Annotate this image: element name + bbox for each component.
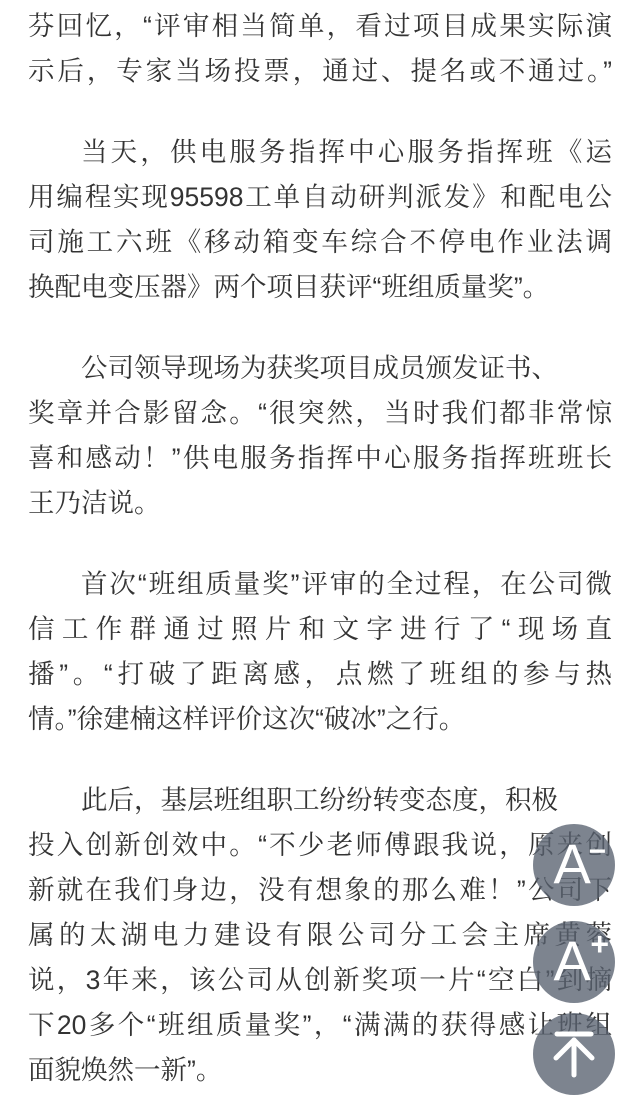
- text-line: 投入创新创效中。“不少老师傅跟我说，原来创: [28, 823, 612, 868]
- text-line: 下20多个“班组质量奖”，“满满的获得感让班组: [28, 1003, 612, 1048]
- text-line: 芬回忆，“评审相当简单，看过项目成果实际演: [28, 4, 612, 49]
- paragraph: 公司领导现场为获奖项目成员颁发证书、奖章并合影留念。“很突然，当时我们都非常惊喜…: [28, 346, 612, 526]
- text-line: 奖章并合影留念。“很突然，当时我们都非常惊: [28, 391, 612, 436]
- paragraph: 芬回忆，“评审相当简单，看过项目成果实际演示后，专家当场投票，通过、提名或不通过…: [28, 4, 612, 94]
- text-line: 播”。“打破了距离感，点燃了班组的参与热: [28, 652, 612, 697]
- font-increase-button[interactable]: A +: [533, 921, 615, 1003]
- arrow-up-to-top-icon: [533, 1013, 615, 1095]
- text-line: 公司领导现场为获奖项目成员颁发证书、: [28, 346, 612, 391]
- text-line: 此后，基层班组职工纷纷转变态度，积极: [28, 778, 612, 823]
- minus-icon: −: [588, 837, 606, 867]
- text-line: 信工作群通过照片和文字进行了“现场直: [28, 607, 612, 652]
- text-line: 示后，专家当场投票，通过、提名或不通过。”: [28, 49, 612, 94]
- font-decrease-letter: A: [553, 836, 590, 892]
- font-increase-letter: A: [553, 933, 590, 989]
- text-line: 喜和感动！”供电服务指挥中心服务指挥班班长: [28, 436, 612, 481]
- text-line: 面貌焕然一新”。: [28, 1048, 612, 1093]
- text-line: 说，3年来，该公司从创新奖项一片“空白”到摘: [28, 958, 612, 1003]
- article-page: 芬回忆，“评审相当简单，看过项目成果实际演示后，专家当场投票，通过、提名或不通过…: [0, 0, 640, 1113]
- paragraph: 当天，供电服务指挥中心服务指挥班《运用编程实现95598工单自动研判派发》和配电…: [28, 130, 612, 310]
- text-line: 当天，供电服务指挥中心服务指挥班《运: [28, 130, 612, 175]
- text-line: 王乃洁说。: [28, 481, 612, 526]
- text-line: 首次“班组质量奖”评审的全过程，在公司微: [28, 562, 612, 607]
- text-line: 情。”徐建楠这样评价这次“破冰”之行。: [28, 697, 612, 742]
- paragraph: 此后，基层班组职工纷纷转变态度，积极投入创新创效中。“不少老师傅跟我说，原来创新…: [28, 778, 612, 1093]
- paragraph: 首次“班组质量奖”评审的全过程，在公司微信工作群通过照片和文字进行了“现场直播”…: [28, 562, 612, 742]
- text-line: 换配电变压器》两个项目获评“班组质量奖”。: [28, 265, 612, 310]
- article-body: 芬回忆，“评审相当简单，看过项目成果实际演示后，专家当场投票，通过、提名或不通过…: [0, 0, 640, 1093]
- text-line: 用编程实现95598工单自动研判派发》和配电公: [28, 175, 612, 220]
- text-line: 司施工六班《移动箱变车综合不停电作业法调: [28, 220, 612, 265]
- font-decrease-button[interactable]: A −: [533, 824, 615, 906]
- text-line: 新就在我们身边，没有想象的那么难！”公司下: [28, 868, 612, 913]
- plus-icon: +: [590, 928, 609, 960]
- back-to-top-button[interactable]: [533, 1013, 615, 1095]
- text-line: 属的太湖电力建设有限公司分工会主席黄蓉: [28, 913, 612, 958]
